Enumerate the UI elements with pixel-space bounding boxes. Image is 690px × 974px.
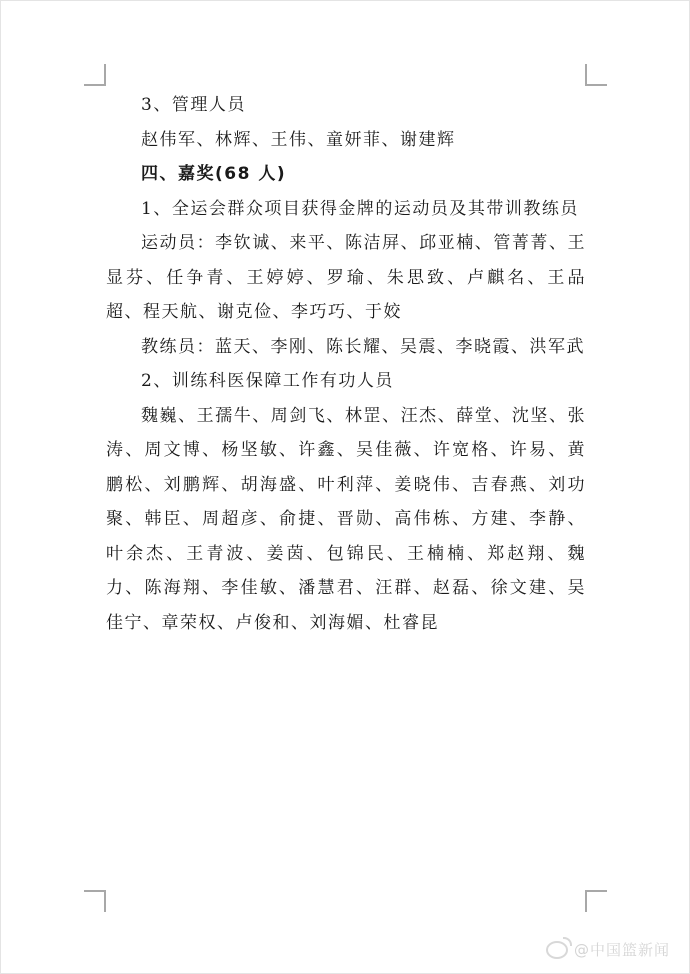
subsection-title-gold-medal: 1、全运会群众项目获得金牌的运动员及其带训教练员 xyxy=(106,192,586,227)
support-staff-names: 魏巍、王孺牛、周剑飞、林罡、汪杰、薛堂、沈坚、张涛、周文博、杨坚敏、许鑫、吴佳薇… xyxy=(106,399,586,641)
subsection-title-management: 3、管理人员 xyxy=(106,88,586,123)
crop-mark-top-right xyxy=(585,64,607,86)
crop-mark-top-left xyxy=(84,64,106,86)
subsection-title-support-staff: 2、训练科医保障工作有功人员 xyxy=(106,364,586,399)
coaches-list: 教练员：蓝天、李刚、陈长耀、吴震、李晓霞、洪军武 xyxy=(106,330,586,365)
section-title-commendation: 四、嘉奖(68 人) xyxy=(106,157,586,192)
management-names: 赵伟军、林辉、王伟、童妍菲、谢建辉 xyxy=(106,123,586,158)
watermark-text: @中国篮新闻 xyxy=(574,939,670,960)
athletes-list: 运动员：李钦诚、来平、陈洁屏、邱亚楠、管菁菁、王显芬、任争青、王婷婷、罗瑜、朱思… xyxy=(106,226,586,330)
weibo-icon xyxy=(546,941,568,959)
document-body: 3、管理人员 赵伟军、林辉、王伟、童妍菲、谢建辉 四、嘉奖(68 人) 1、全运… xyxy=(106,88,586,640)
crop-mark-bottom-left xyxy=(84,890,106,912)
watermark: @中国篮新闻 xyxy=(546,939,670,960)
crop-mark-bottom-right xyxy=(585,890,607,912)
